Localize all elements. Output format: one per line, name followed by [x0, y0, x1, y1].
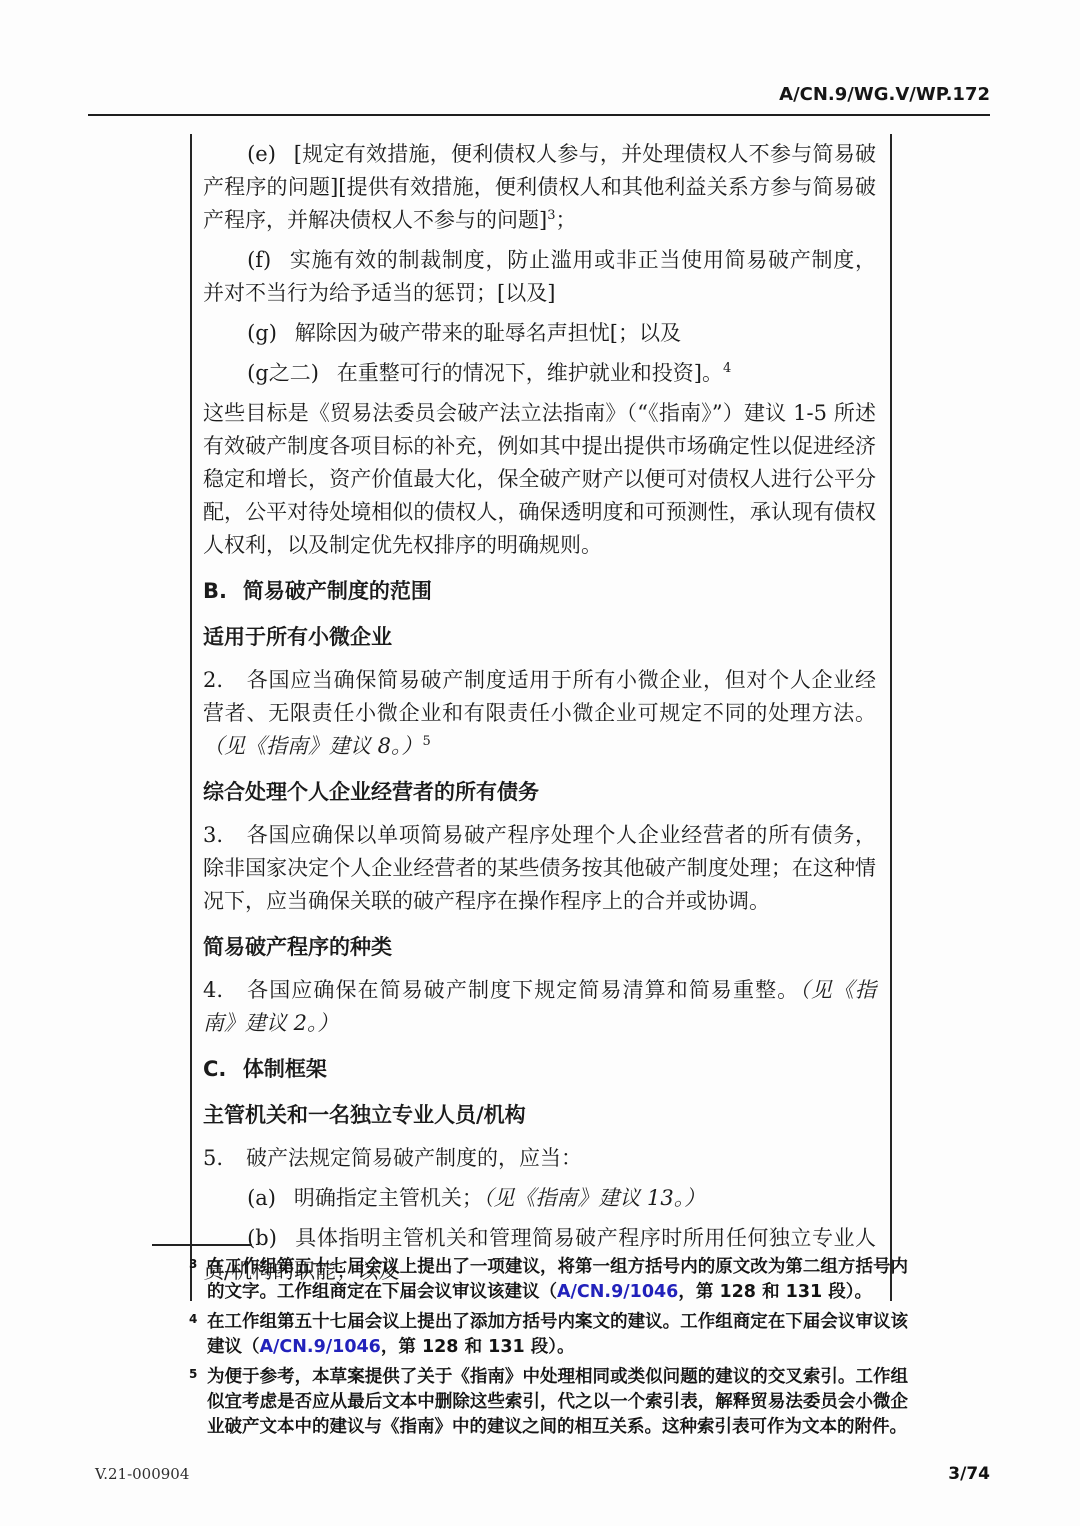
paragraph-label: (a)	[247, 1186, 276, 1210]
page-number: 3/74	[948, 1464, 990, 1484]
paragraph-text: 为便于参考，本草案提供了关于《指南》中处理相同或类似问题的建议的交叉索引。工作组…	[207, 1367, 908, 1437]
job-number: V.21-000904	[95, 1465, 189, 1483]
document-page: A/CN.9/WG.V/WP.172 (e)[规定有效措施，便利债权人参与，并处…	[0, 0, 1080, 1526]
body-paragraph: 5.破产法规定简易破产制度的，应当：	[203, 1142, 876, 1175]
footnote: 5为便于参考，本草案提供了关于《指南》中处理相同或类似问题的建议的交叉索引。工作…	[183, 1365, 908, 1440]
page-footer: V.21-000904 3/74	[95, 1464, 990, 1484]
footnote-number: 3	[189, 1252, 197, 1277]
footnote-number: 4	[189, 1307, 197, 1332]
footnote: 3在工作组第五十七届会议上提出了一项建议，将第一组方括号内的原文改为第二组方括号…	[183, 1255, 908, 1305]
paragraph-number-reference: 128	[422, 1337, 459, 1357]
document-body: (e)[规定有效措施，便利债权人参与，并处理债权人不参与简易破产程序的问题][提…	[190, 134, 892, 1301]
paragraph-text: 解除因为破产带来的耻辱名声担忧[；以及	[295, 321, 681, 345]
footnote-list: 3在工作组第五十七届会议上提出了一项建议，将第一组方括号内的原文改为第二组方括号…	[152, 1255, 908, 1440]
header-rule	[88, 114, 990, 116]
paragraph-number-reference: 128	[719, 1282, 756, 1302]
paragraph-number-reference: 131	[786, 1282, 823, 1302]
paragraph-label: 4.	[203, 974, 246, 1007]
footnote-separator	[152, 1244, 252, 1246]
paragraph-text: 实施有效的制裁制度，防止滥用或非正当使用简易破产制度，并对不当行为给予适当的惩罚…	[203, 248, 876, 305]
footnote-number: 5	[189, 1362, 197, 1387]
paragraph-text: 各国应确保在简易破产制度下规定简易清算和简易重整。	[246, 978, 799, 1002]
clause-paragraph: (e)[规定有效措施，便利债权人参与，并处理债权人不参与简易破产程序的问题][提…	[203, 138, 876, 237]
paragraph-label: (f)	[247, 248, 271, 272]
paragraph-label: (e)	[247, 142, 276, 166]
clause-paragraph: (f)实施有效的制裁制度，防止滥用或非正当使用简易破产制度，并对不当行为给予适当…	[203, 244, 876, 310]
run-in-heading: 简易破产程序的种类	[203, 931, 876, 964]
guide-cross-reference: （见《指南》建议 13。）	[483, 1186, 705, 1210]
document-link[interactable]: A/CN.9/1046	[260, 1337, 381, 1357]
paragraph-text: 这些目标是《贸易法委员会破产法立法指南》（“《指南》”）建议 1-5 所述有效破…	[203, 401, 876, 557]
paragraph-text: 明确指定主管机关；	[294, 1186, 483, 1210]
paragraph-text: ，第	[381, 1337, 422, 1357]
paragraph-label: (g之二)	[247, 361, 319, 385]
paragraph-label: 2.	[203, 664, 246, 697]
guide-cross-reference: （见《指南》建议 8。）	[203, 734, 423, 758]
clause-paragraph: (g)解除因为破产带来的耻辱名声担忧[；以及	[203, 317, 876, 350]
body-paragraph: 这些目标是《贸易法委员会破产法立法指南》（“《指南》”）建议 1-5 所述有效破…	[203, 397, 876, 562]
paragraph-text: ，第	[678, 1282, 719, 1302]
run-in-heading: 综合处理个人企业经营者的所有债务	[203, 776, 876, 809]
document-link[interactable]: A/CN.9/1046	[557, 1282, 678, 1302]
body-paragraph: 2.各国应当确保简易破产制度适用于所有小微企业，但对个人企业经营者、无限责任小微…	[203, 664, 876, 763]
body-paragraph: 4.各国应确保在简易破产制度下规定简易清算和简易重整。（见《指南》建议 2。）	[203, 974, 876, 1040]
paragraph-text: 段）。	[822, 1282, 872, 1302]
paragraph-label: 5.	[203, 1142, 246, 1175]
paragraph-text: 各国应当确保简易破产制度适用于所有小微企业，但对个人企业经营者、无限责任小微企业…	[203, 668, 876, 725]
paragraph-text: 和	[458, 1337, 488, 1357]
footnote-reference[interactable]: 5	[423, 734, 431, 749]
run-in-heading: 主管机关和一名独立专业人员/机构	[203, 1099, 876, 1132]
paragraph-label: 3.	[203, 819, 246, 852]
section-label: C.	[203, 1053, 243, 1086]
footnote: 4在工作组第五十七届会议上提出了添加方括号内案文的建议。工作组商定在下届会议审议…	[183, 1310, 908, 1360]
paragraph-text: 各国应确保以单项简易破产程序处理个人企业经营者的所有债务，除非国家决定个人企业经…	[203, 823, 876, 913]
section-title: 简易破产制度的范围	[243, 579, 432, 603]
footnote-reference[interactable]: 4	[723, 361, 731, 376]
paragraph-label: (g)	[247, 321, 277, 345]
clause-paragraph: (a)明确指定主管机关；（见《指南》建议 13。）	[203, 1182, 876, 1215]
section-heading: C.体制框架	[203, 1053, 876, 1086]
paragraph-text: 段）。	[525, 1337, 575, 1357]
paragraph-text: 在重整可行的情况下，维护就业和投资]。	[337, 361, 723, 385]
paragraph-number-reference: 131	[488, 1337, 525, 1357]
paragraph-text: ；	[555, 208, 576, 232]
section-title: 体制框架	[243, 1057, 327, 1081]
section-heading: B.简易破产制度的范围	[203, 575, 876, 608]
section-label: B.	[203, 575, 243, 608]
body-paragraph: 3.各国应确保以单项简易破产程序处理个人企业经营者的所有债务，除非国家决定个人企…	[203, 819, 876, 918]
footnote-area: 3在工作组第五十七届会议上提出了一项建议，将第一组方括号内的原文改为第二组方括号…	[152, 1244, 908, 1445]
document-symbol: A/CN.9/WG.V/WP.172	[779, 84, 990, 105]
paragraph-text: [规定有效措施，便利债权人参与，并处理债权人不参与简易破产程序的问题][提供有效…	[203, 142, 876, 232]
clause-paragraph: (g之二)在重整可行的情况下，维护就业和投资]。4	[203, 357, 876, 390]
run-in-heading: 适用于所有小微企业	[203, 621, 876, 654]
paragraph-text: 和	[756, 1282, 786, 1302]
page-header: A/CN.9/WG.V/WP.172	[88, 84, 990, 105]
paragraph-text: 破产法规定简易破产制度的，应当：	[246, 1146, 582, 1170]
